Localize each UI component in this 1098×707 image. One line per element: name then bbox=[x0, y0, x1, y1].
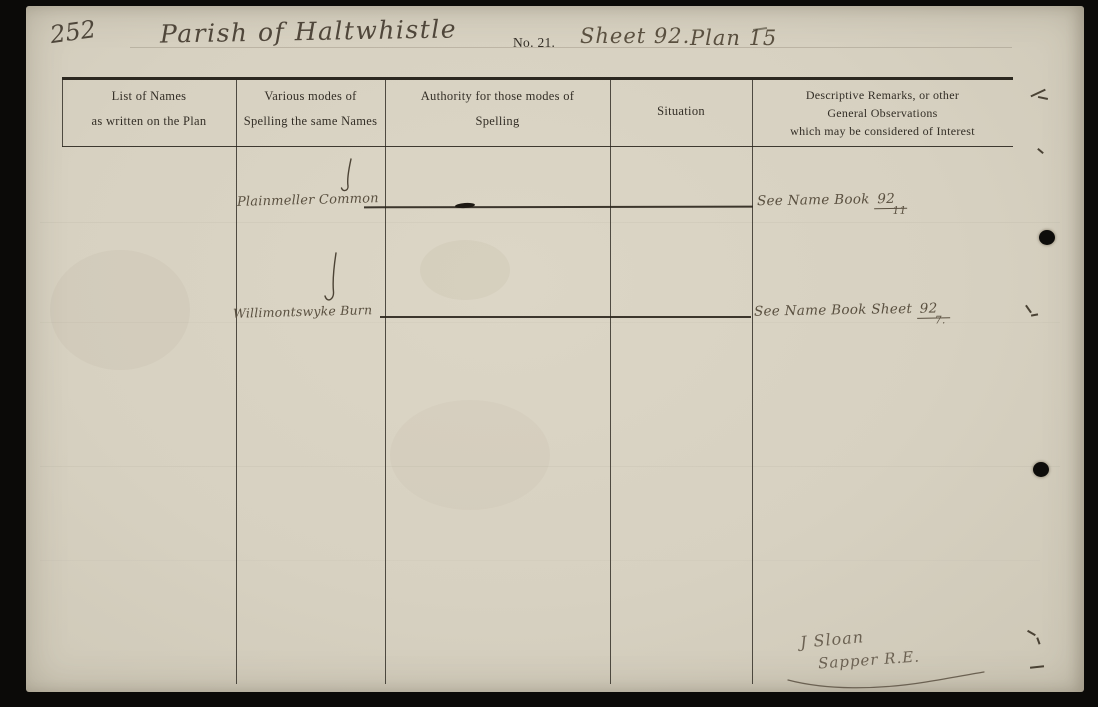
scanned-page-frame: 252 Parish of Haltwhistle No. 21. Sheet … bbox=[0, 0, 1098, 707]
punch-hole bbox=[1039, 230, 1055, 245]
header-line: which may be considered of Interest bbox=[752, 122, 1013, 140]
showthrough-line bbox=[40, 222, 1060, 223]
reference-fraction: 9211 bbox=[874, 191, 907, 208]
header-list-of-names: List of Names as written on the Plan bbox=[62, 84, 236, 134]
entry-remark: See Name Book Sheet 927. bbox=[754, 300, 950, 319]
header-line: Authority for those modes of bbox=[385, 84, 610, 109]
number-label: No. 21. bbox=[513, 35, 555, 51]
header-situation: Situation bbox=[610, 99, 752, 124]
plan-label: Plan 15 bbox=[690, 26, 777, 50]
header-line: Various modes of bbox=[236, 84, 385, 109]
check-tick-icon bbox=[322, 252, 342, 306]
table-header-bottom-rule bbox=[62, 146, 1013, 147]
column-divider-3 bbox=[610, 77, 611, 684]
header-line: as written on the Plan bbox=[62, 109, 236, 134]
signature-flourish bbox=[786, 668, 986, 692]
reference-plan: 7. bbox=[935, 314, 946, 326]
table-top-rule bbox=[62, 77, 1013, 80]
entry-remark: See Name Book 9211 bbox=[757, 191, 907, 210]
column-divider-2 bbox=[385, 77, 386, 684]
entry-rule bbox=[380, 316, 751, 318]
punch-hole bbox=[1033, 462, 1049, 477]
header-line: Descriptive Remarks, or other bbox=[752, 86, 1013, 104]
header-descriptive-remarks: Descriptive Remarks, or other General Ob… bbox=[752, 86, 1013, 140]
header-line: List of Names bbox=[62, 84, 236, 109]
header-various-modes: Various modes of Spelling the same Names bbox=[236, 84, 385, 134]
column-divider-4 bbox=[752, 77, 753, 684]
header-line: Spelling bbox=[385, 109, 610, 134]
showthrough-line bbox=[40, 466, 1060, 467]
header-line: General Observations bbox=[752, 104, 1013, 122]
sheet-label: Sheet 92. bbox=[580, 24, 690, 48]
column-divider-1 bbox=[236, 77, 237, 684]
header-line: Spelling the same Names bbox=[236, 109, 385, 134]
remark-text: See Name Book Sheet bbox=[754, 301, 912, 320]
parish-title: Parish of Haltwhistle bbox=[160, 14, 458, 48]
showthrough-line bbox=[40, 322, 1060, 323]
reference-plan: 11 bbox=[892, 205, 906, 217]
title-rule bbox=[130, 47, 1012, 48]
remark-text: See Name Book bbox=[757, 191, 870, 209]
header-line: Situation bbox=[610, 99, 752, 124]
showthrough-line bbox=[40, 560, 1040, 561]
check-tick-icon bbox=[338, 158, 356, 194]
header-authority: Authority for those modes of Spelling bbox=[385, 84, 610, 134]
reference-fraction: 927. bbox=[917, 300, 950, 317]
